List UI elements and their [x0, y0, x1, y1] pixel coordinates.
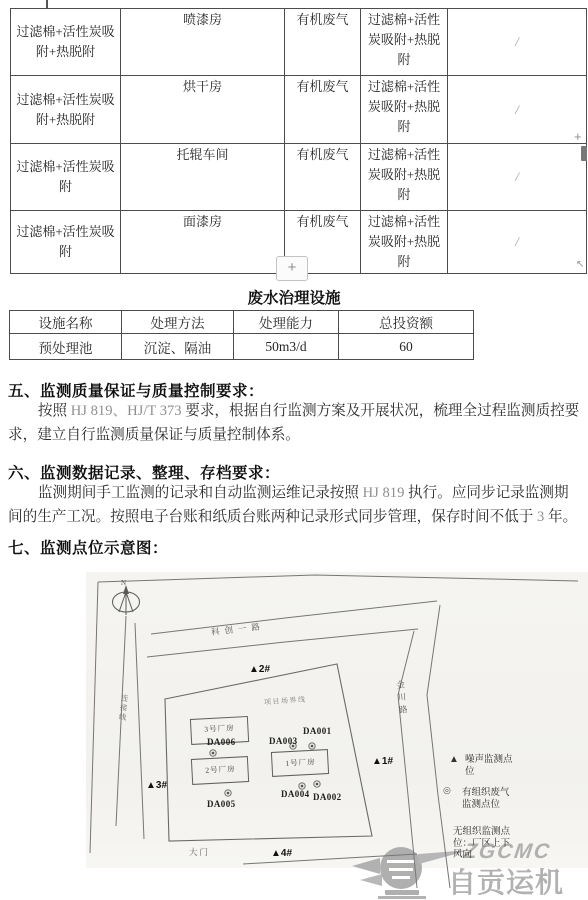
- cell-capacity: 50m3/d: [234, 334, 339, 360]
- cell-note: /: [448, 144, 587, 211]
- cell-pollutant: 有机废气: [285, 9, 361, 76]
- document-page: { "colors": { "ink": "#2e2e2e", "code_gr…: [0, 0, 588, 900]
- cell-source: 喷漆房: [121, 9, 285, 76]
- legend-gas-label: 有组织废气监测点位: [462, 788, 514, 811]
- exhaust-treatment-table: 过滤棉+活性炭吸附+热脱附 喷漆房 有机废气 过滤棉+活性炭吸附+热脱附 / 过…: [10, 8, 587, 274]
- monitoring-points-map: N 科创一路 金川路 连接线 大门 项目场界线 3号厂房 2号厂房 1号厂房 ▲…: [85, 570, 585, 900]
- cell-source: 托辊车间: [121, 144, 285, 211]
- section7-heading: 七、监测点位示意图：: [8, 536, 584, 558]
- compass-n-label: N: [121, 579, 126, 587]
- section5-paragraph: 按照 HJ 819、HJ/T 373 要求，根据自行监测方案及开展状况，梳理全过…: [8, 400, 582, 447]
- legend-noise-label: 噪声监测点位: [465, 755, 517, 778]
- noise-point-4: ▲4#: [271, 848, 292, 859]
- text-run: 按照: [38, 403, 71, 419]
- da003-label: DA003: [269, 736, 298, 746]
- standard-code: HJ 819、HJ/T 373: [71, 403, 182, 419]
- da002-point-icon: [314, 781, 320, 787]
- table-row: 过滤棉+活性炭吸附+热脱附 喷漆房 有机废气 过滤棉+活性炭吸附+热脱附 /: [11, 9, 587, 76]
- noise-point-3: ▲3#: [146, 780, 167, 791]
- cell-investment: 60: [339, 334, 474, 360]
- header-investment: 总投资额: [339, 311, 474, 334]
- resize-cursor-icon: ↖: [576, 259, 584, 270]
- table-row: 过滤棉+活性炭吸附+热脱附 烘干房 有机废气 过滤棉+活性炭吸附+热脱附 /: [11, 76, 587, 144]
- cell-treatment: 过滤棉+活性炭吸附+热脱附: [11, 9, 121, 76]
- cell-pollutant: 有机废气: [285, 76, 361, 144]
- cell-treatment: 过滤棉+活性炭吸附+热脱附: [11, 76, 121, 144]
- legend-gas-icon: ◎: [443, 785, 451, 796]
- cell-facility: 过滤棉+活性炭吸附+热脱附: [361, 9, 448, 76]
- cell-method: 沉淀、隔油: [122, 334, 234, 360]
- cell-facility: 过滤棉+活性炭吸附+热脱附: [361, 211, 448, 274]
- header-capacity: 处理能力: [234, 311, 339, 334]
- da001-point-icon: [309, 743, 315, 749]
- table-header-row: 设施名称 处理方法 处理能力 总投资额: [10, 311, 474, 334]
- cell-note: /: [448, 9, 587, 76]
- noise-point-1: ▲1#: [372, 756, 393, 767]
- wastewater-table: 设施名称 处理方法 处理能力 总投资额 预处理池 沉淀、隔油 50m3/d 60: [9, 310, 474, 360]
- plant-boundary: [165, 664, 372, 841]
- da001-label: DA001: [303, 726, 332, 736]
- table-row: 过滤棉+活性炭吸附 托辊车间 有机废气 过滤棉+活性炭吸附+热脱附 /: [11, 144, 587, 211]
- section6-heading: 六、监测数据记录、整理、存档要求：: [8, 461, 584, 483]
- scrollbar-fragment[interactable]: [581, 146, 587, 161]
- da006-point-icon: [210, 750, 216, 756]
- da006-label: DA006: [207, 737, 236, 747]
- section6-paragraph: 监测期间手工监测的记录和自动监测运维记录按照 HJ 819 执行。应同步记录监测…: [8, 482, 582, 529]
- legend-fugitive-label: 无组织监测点位：厂区上下风向: [453, 827, 513, 862]
- cell-facility: 过滤棉+活性炭吸附+热脱附: [361, 76, 448, 144]
- table-add-row-button[interactable]: +: [276, 256, 308, 281]
- cell-pollutant: 有机废气: [285, 144, 361, 211]
- cell-facility: 过滤棉+活性炭吸附+热脱附: [361, 144, 448, 211]
- da004-label: DA004: [281, 789, 310, 799]
- text-run: 监测期间手工监测的记录和自动监测运维记录按照: [38, 485, 363, 501]
- header-method: 处理方法: [122, 311, 234, 334]
- legend-noise-icon: ▲: [449, 754, 459, 765]
- cell-treatment: 过滤棉+活性炭吸附: [11, 144, 121, 211]
- section5-heading: 五、监测质量保证与质量控制要求：: [8, 379, 584, 401]
- da005-label: DA005: [207, 799, 236, 809]
- cell-facility-name: 预处理池: [10, 334, 122, 360]
- cell-note: /: [448, 76, 587, 144]
- cell-source: 面漆房: [121, 211, 285, 274]
- da005-point-icon: [225, 790, 231, 796]
- wastewater-table-title: 废水治理设施: [0, 286, 588, 308]
- side-table-handle[interactable]: +: [574, 129, 582, 144]
- header-facility-name: 设施名称: [10, 311, 122, 334]
- cell-source: 烘干房: [121, 76, 285, 144]
- cell-note: /: [448, 211, 587, 274]
- gate-label: 大门: [189, 846, 210, 858]
- da002-label: DA002: [313, 792, 342, 802]
- noise-point-2: ▲2#: [249, 664, 270, 675]
- text-run: 年。: [544, 509, 577, 525]
- table-row: 预处理池 沉淀、隔油 50m3/d 60: [10, 334, 474, 360]
- standard-code: HJ 819: [363, 485, 405, 501]
- north-arrow-icon: [113, 585, 140, 615]
- cell-treatment: 过滤棉+活性炭吸附: [11, 211, 121, 274]
